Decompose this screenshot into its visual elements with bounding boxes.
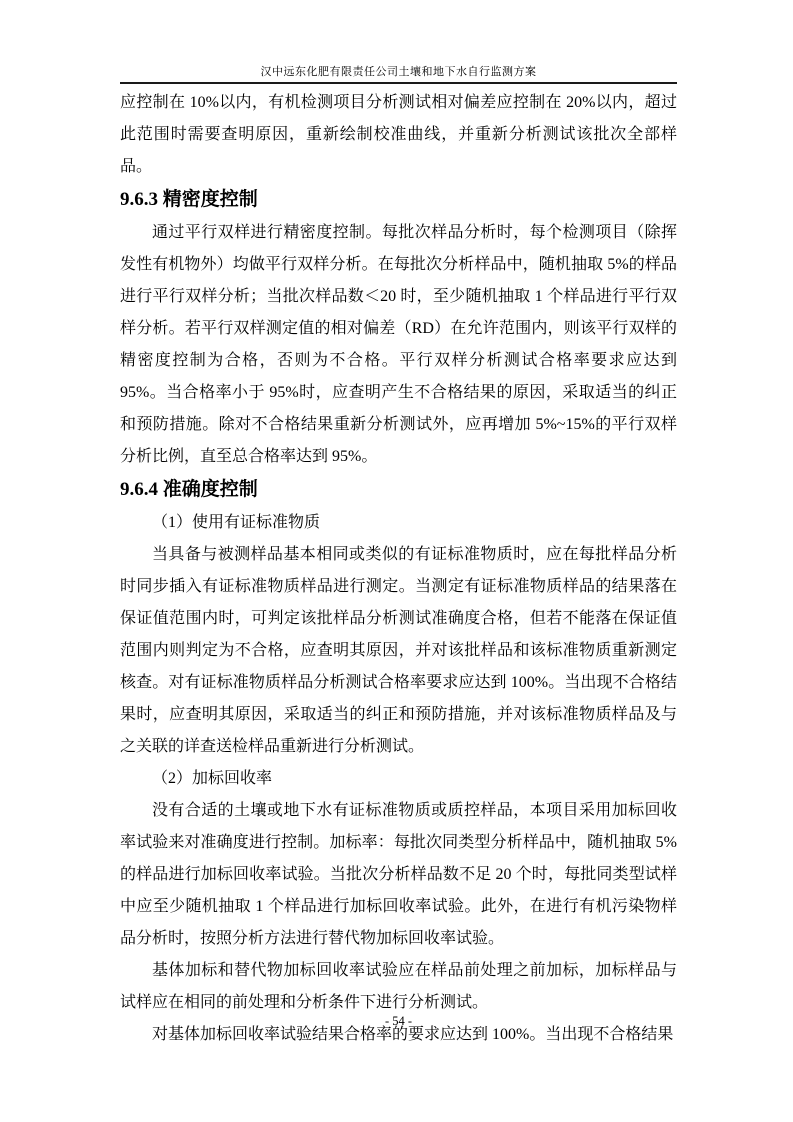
document-body: 应控制在 10%以内，有机检测项目分析测试相对偏差应控制在 20%以内，超过此范… [120, 87, 677, 1051]
paragraph-matrix-spike: 基体加标和替代物加标回收率试验应在样品前处理之前加标，加标样品与试样应在相同的前… [120, 955, 677, 1019]
header-title: 汉中远东化肥有限责任公司土壤和地下水自行监测方案 [261, 66, 537, 78]
section-heading-963: 9.6.3 精密度控制 [120, 185, 677, 215]
paragraph-intro: 应控制在 10%以内，有机检测项目分析测试相对偏差应控制在 20%以内，超过此范… [120, 87, 677, 183]
paragraph-precision-control: 通过平行双样进行精密度控制。每批次样品分析时，每个检测项目（除挥发性有机物外）均… [120, 217, 677, 473]
paragraph-spike-recovery: 没有合适的土壤或地下水有证标准物质或质控样品，本项目采用加标回收率试验来对准确度… [120, 795, 677, 955]
page-number: - 54 - [120, 1014, 677, 1029]
paragraph-item-1-title: （1）使用有证标准物质 [120, 507, 677, 539]
paragraph-certified-reference-material: 当具备与被测样品基本相同或类似的有证标准物质时，应在每批样品分析时同步插入有证标… [120, 539, 677, 763]
paragraph-item-2-title: （2）加标回收率 [120, 763, 677, 795]
section-heading-964: 9.6.4 准确度控制 [120, 475, 677, 505]
page-header: 汉中远东化肥有限责任公司土壤和地下水自行监测方案 [120, 65, 677, 84]
document-page: 汉中远东化肥有限责任公司土壤和地下水自行监测方案 应控制在 10%以内，有机检测… [0, 0, 793, 1122]
